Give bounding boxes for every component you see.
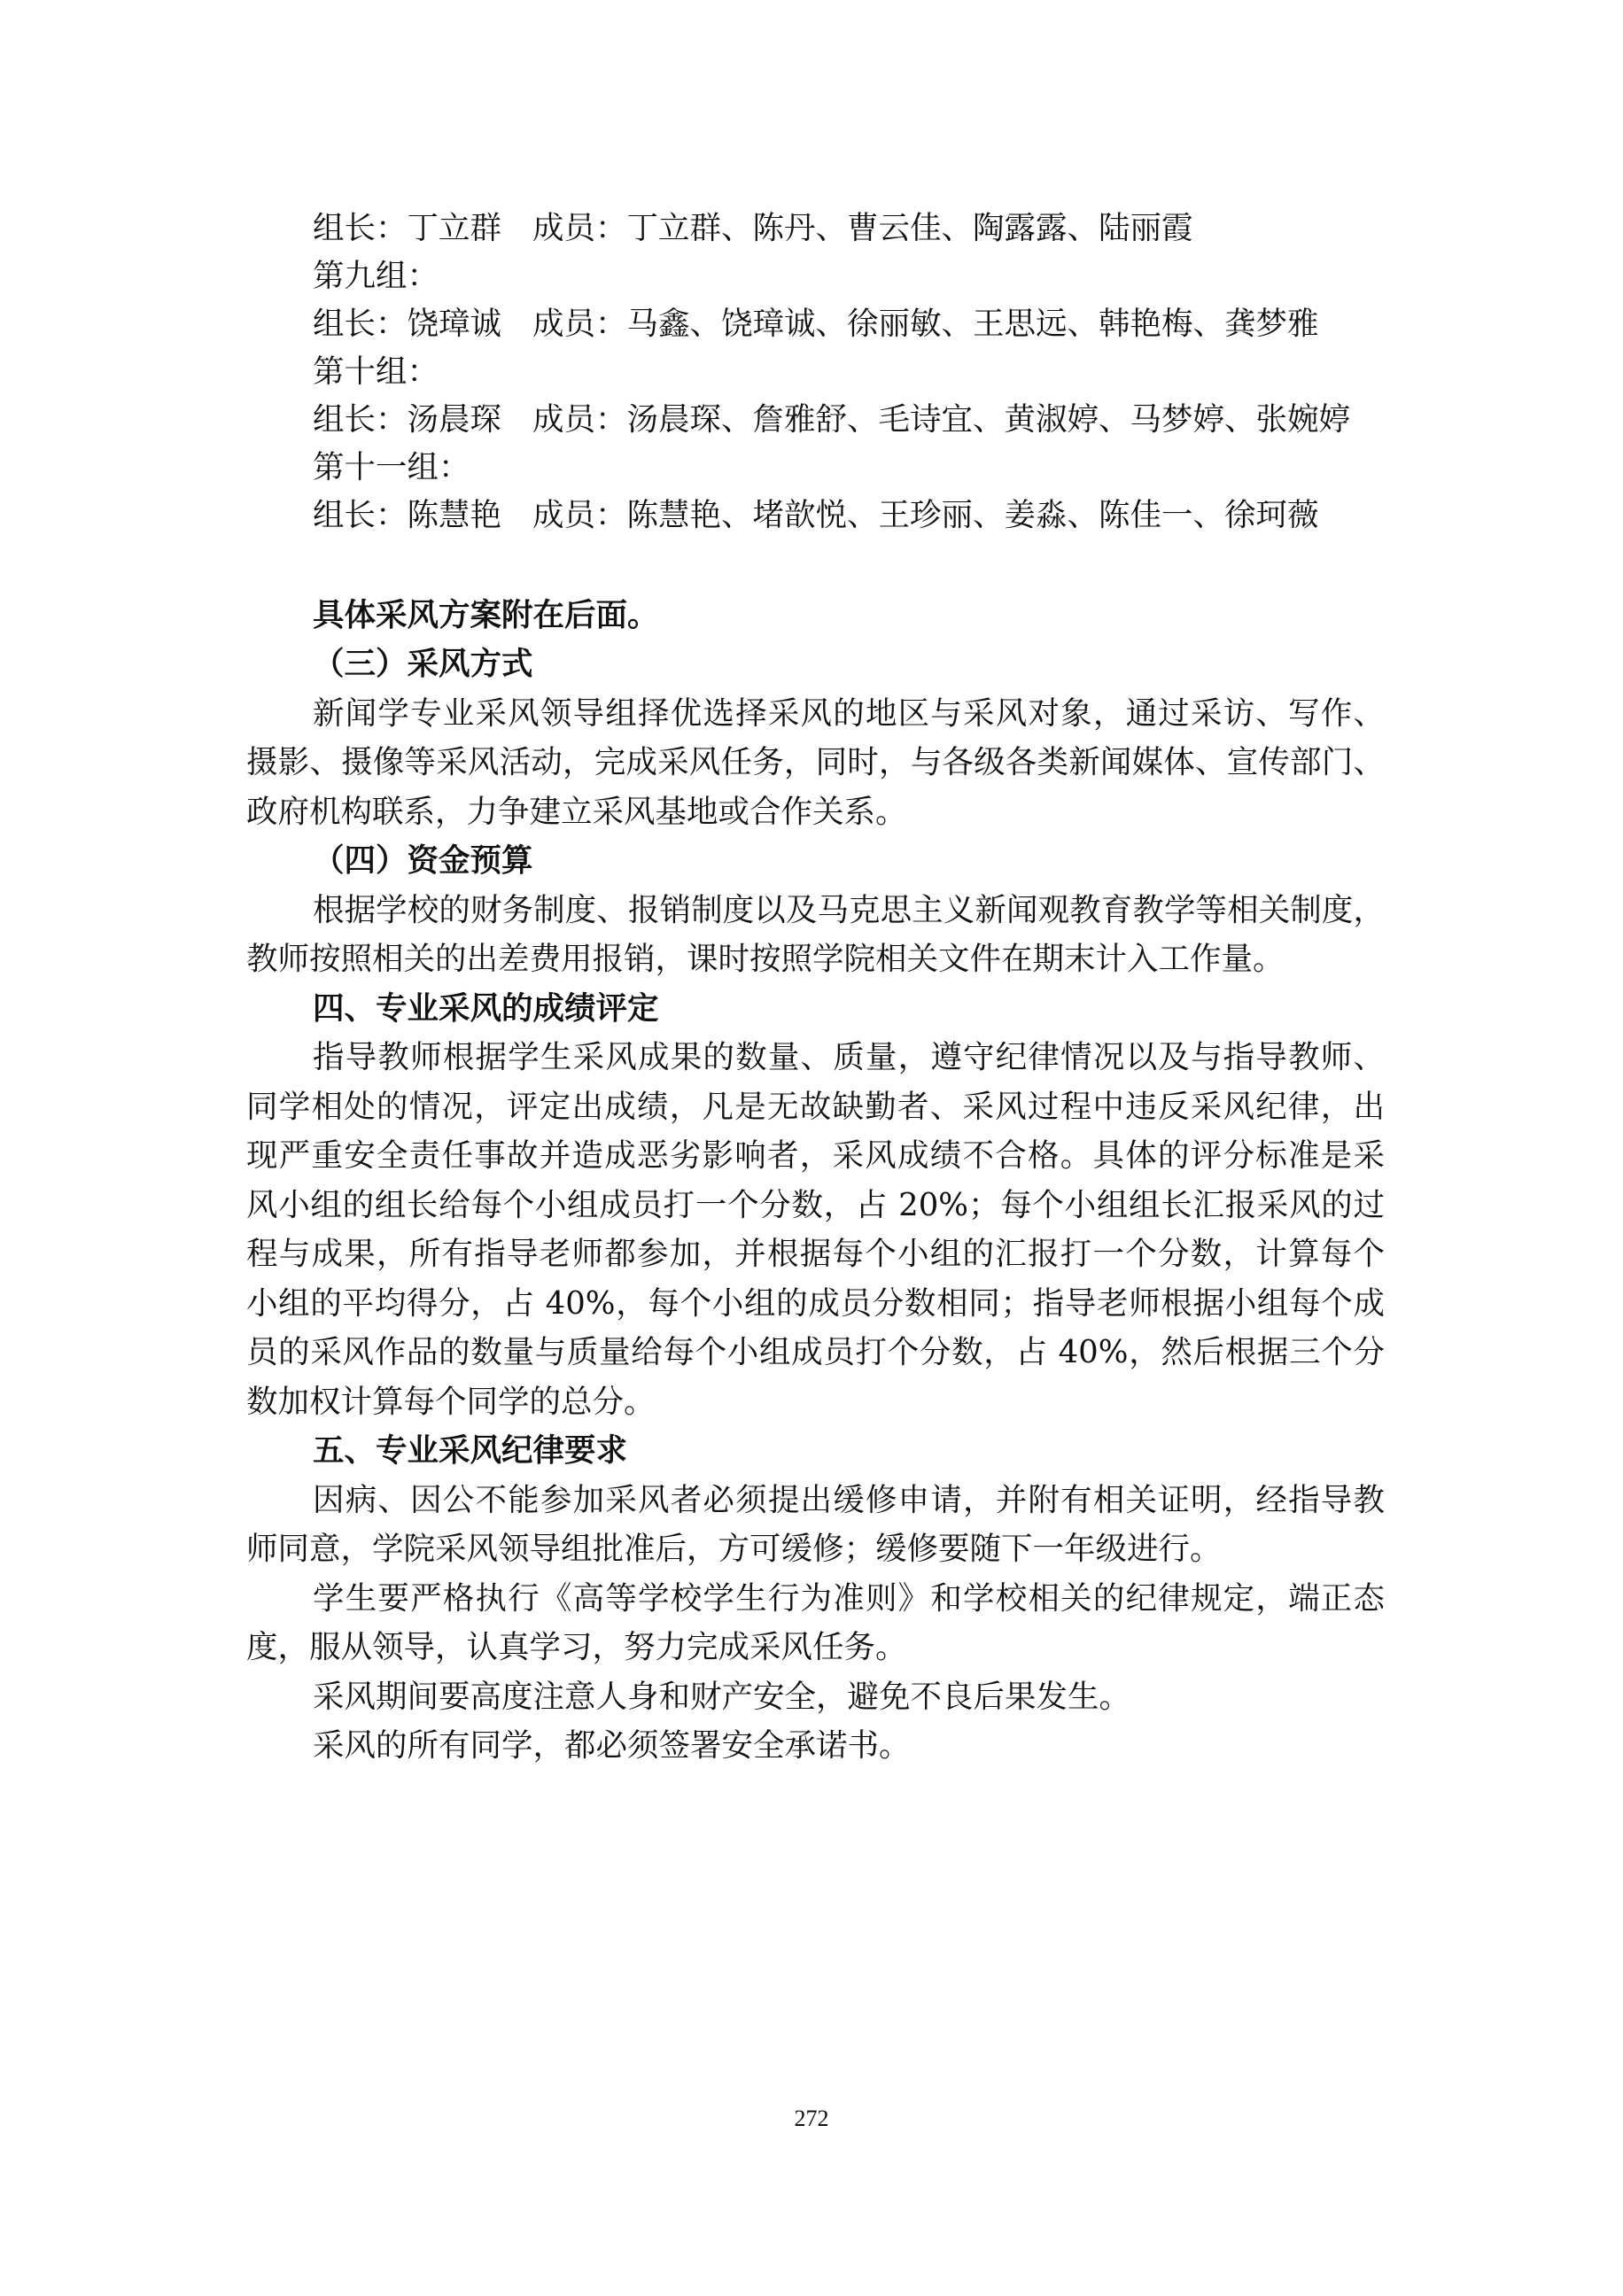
chapter-5-line: 师同意，学院采风领导组批准后，方可缓修；缓修要随下一年级进行。 (246, 1530, 1385, 1569)
chapter-5-line: 学生要严格执行《高等学校学生行为准则》和学校相关的纪律规定，端正态 (313, 1579, 1385, 1618)
chapter-4-line: 现严重安全责任事故并造成恶劣影响者，采风成绩不合格。具体的评分标准是采 (246, 1136, 1385, 1175)
group-members: 成员：陈慧艳、堵歆悦、王珍丽、姜淼、陈佳一、徐珂薇 (532, 497, 1319, 533)
section-3-line: 新闻学专业采风领导组择优选择采风的地区与采风对象，通过采访、写作、 (313, 694, 1385, 733)
chapter-5-line: 度，服从领导，认真学习，努力完成采风任务。 (246, 1628, 1385, 1667)
section-4-line: 教师按照相关的出差费用报销，课时按照学院相关文件在期末计入工作量。 (246, 940, 1385, 979)
chapter-4-line: 程与成果，所有指导老师都参加，并根据每个小组的汇报打一个分数，计算每个 (246, 1235, 1385, 1274)
group-leader: 组长：饶璋诚 (313, 305, 532, 344)
page-number: 272 (0, 2103, 1623, 2135)
plan-note: 具体采风方案附在后面。 (313, 596, 1385, 635)
group-members: 成员：马鑫、饶璋诚、徐丽敏、王思远、韩艳梅、龚梦雅 (532, 306, 1319, 342)
chapter-5-line: 因病、因公不能参加采风者必须提出缓修申请，并附有相关证明，经指导教 (313, 1481, 1385, 1520)
section-3-line: 摄影、摄像等采风活动，完成采风任务，同时，与各级各类新闻媒体、宣传部门、 (246, 743, 1385, 782)
chapter-4-line: 数加权计算每个同学的总分。 (246, 1383, 1385, 1422)
chapter-5-line: 采风期间要高度注意人身和财产安全，避免不良后果发生。 (313, 1678, 1385, 1717)
group-11-title: 第十一组： (313, 448, 1385, 487)
group-leader: 组长：汤晨琛 (313, 400, 532, 439)
group-leader: 组长：丁立群 (313, 209, 532, 248)
document-page: 组长：丁立群成员：丁立群、陈丹、曹云佳、陶露露、陆丽霞 第九组： 组长：饶璋诚成… (0, 0, 1623, 2296)
group-10-roster: 组长：汤晨琛成员：汤晨琛、詹雅舒、毛诗宜、黄淑婷、马梦婷、张婉婷 (313, 400, 1385, 439)
group-leader: 组长：陈慧艳 (313, 496, 532, 535)
group-8-roster: 组长：丁立群成员：丁立群、陈丹、曹云佳、陶露露、陆丽霞 (313, 209, 1385, 248)
group-9-roster: 组长：饶璋诚成员：马鑫、饶璋诚、徐丽敏、王思远、韩艳梅、龚梦雅 (313, 305, 1385, 344)
section-4-heading: （四）资金预算 (313, 842, 1385, 880)
chapter-4-line: 风小组的组长给每个小组成员打一个分数，占 20%；每个小组组长汇报采风的过 (246, 1186, 1385, 1225)
chapter-4-line: 员的采风作品的数量与质量给每个小组成员打个分数，占 40%，然后根据三个分 (246, 1333, 1385, 1372)
section-3-line: 政府机构联系，力争建立采风基地或合作关系。 (246, 793, 1385, 832)
chapter-4-line: 同学相处的情况，评定出成绩，凡是无故缺勤者、采风过程中违反采风纪律，出 (246, 1088, 1385, 1127)
chapter-5-line: 采风的所有同学，都必须签署安全承诺书。 (313, 1726, 1385, 1765)
section-3-heading: （三）采风方式 (313, 645, 1385, 684)
group-members: 成员：汤晨琛、詹雅舒、毛诗宜、黄淑婷、马梦婷、张婉婷 (532, 401, 1350, 438)
chapter-5-heading: 五、专业采风纪律要求 (313, 1431, 1385, 1470)
group-members: 成员：丁立群、陈丹、曹云佳、陶露露、陆丽霞 (532, 210, 1193, 246)
chapter-4-line: 指导教师根据学生采风成果的数量、质量，遵守纪律情况以及与指导教师、 (313, 1038, 1385, 1077)
group-11-roster: 组长：陈慧艳成员：陈慧艳、堵歆悦、王珍丽、姜淼、陈佳一、徐珂薇 (313, 496, 1385, 535)
group-9-title: 第九组： (313, 257, 1385, 296)
chapter-4-line: 小组的平均得分，占 40%，每个小组的成员分数相同；指导老师根据小组每个成 (246, 1284, 1385, 1323)
chapter-4-heading: 四、专业采风的成绩评定 (313, 989, 1385, 1028)
group-10-title: 第十组： (313, 353, 1385, 392)
section-4-line: 根据学校的财务制度、报销制度以及马克思主义新闻观教育教学等相关制度， (313, 891, 1385, 930)
